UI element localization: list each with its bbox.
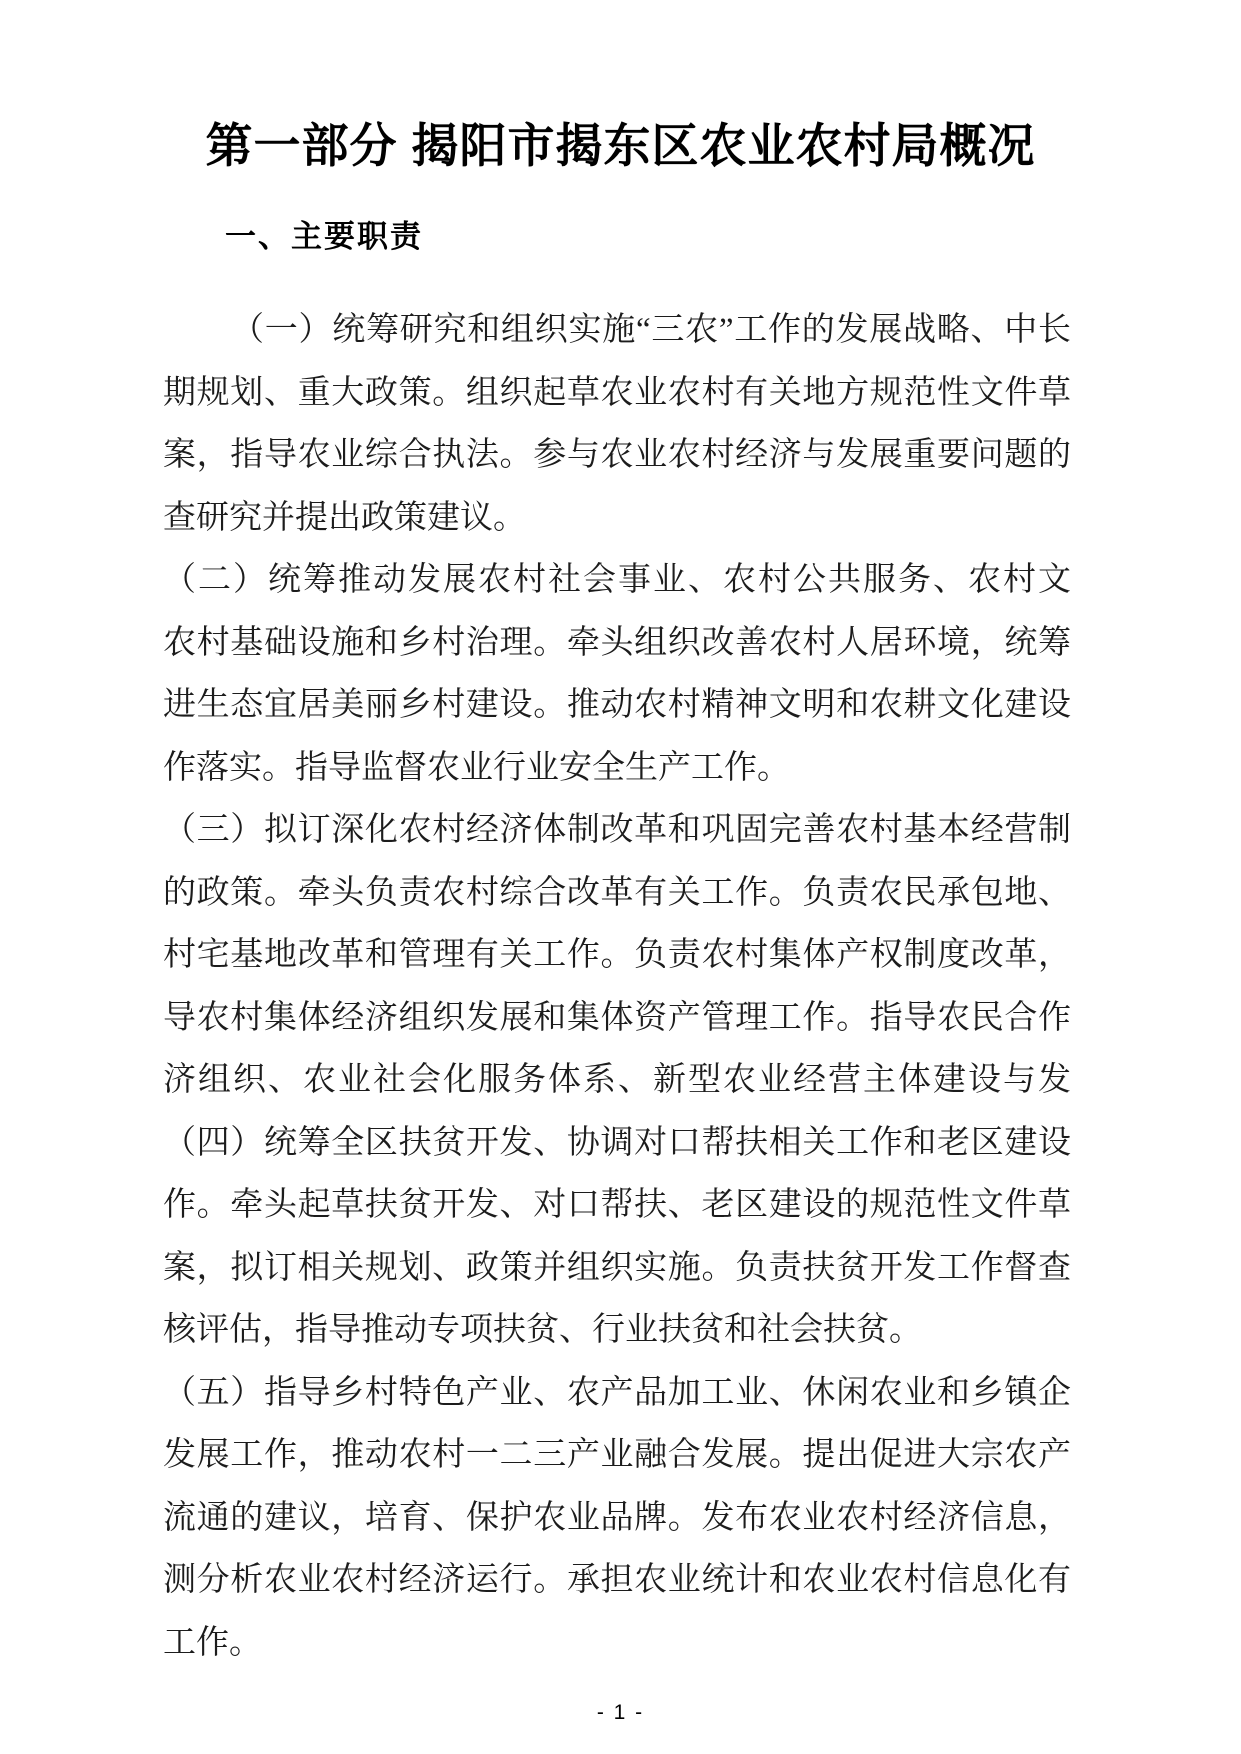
text-line: 的政策。牵头负责农村综合改革有关工作。负责农民承包地、农: [163, 862, 1071, 925]
paragraph: （五）指导乡村特色产业、农产品加工业、休闲农业和乡镇企业发展工作，推动农村一二三…: [163, 1362, 1071, 1675]
text-line: 导农村集体经济组织发展和集体资产管理工作。指导农民合作经: [163, 987, 1071, 1050]
paragraph: （二）统筹推动发展农村社会事业、农村公共服务、农村文化、农村基础设施和乡村治理。…: [163, 549, 1071, 799]
document-title: 第一部分 揭阳市揭东区农业农村局概况: [0, 122, 1241, 169]
text-line: 案，指导农业综合执法。参与农业农村经济与发展重要问题的调: [163, 424, 1071, 487]
text-line: 查研究并提出政策建议。: [163, 487, 1071, 550]
text-line: （二）统筹推动发展农村社会事业、农村公共服务、农村文化、: [163, 549, 1071, 612]
text-line: 发展工作，推动农村一二三产业融合发展。提出促进大宗农产品: [163, 1424, 1071, 1487]
text-line: 期规划、重大政策。组织起草农业农村有关地方规范性文件草: [163, 362, 1071, 425]
text-line: （五）指导乡村特色产业、农产品加工业、休闲农业和乡镇企业: [163, 1362, 1071, 1425]
document-body: （一）统筹研究和组织实施“三农”工作的发展战略、中长期规划、重大政策。组织起草农…: [163, 299, 1071, 1674]
section-heading: 一、主要职责: [225, 221, 423, 252]
text-line: 作。牵头起草扶贫开发、对口帮扶、老区建设的规范性文件草: [163, 1174, 1071, 1237]
text-line: 农村基础设施和乡村治理。牵头组织改善农村人居环境，统筹推: [163, 612, 1071, 675]
text-line: 案，拟订相关规划、政策并组织实施。负责扶贫开发工作督查考: [163, 1237, 1071, 1300]
text-line: （四）统筹全区扶贫开发、协调对口帮扶相关工作和老区建设工: [163, 1112, 1071, 1175]
text-line: 工作。: [163, 1612, 1071, 1675]
page-number: - 1 -: [0, 1700, 1241, 1725]
text-line: 测分析农业农村经济运行。承担农业统计和农业农村信息化有关: [163, 1549, 1071, 1612]
text-line: 济组织、农业社会化服务体系、新型农业经营主体建设与发展。: [163, 1049, 1071, 1112]
paragraph: （一）统筹研究和组织实施“三农”工作的发展战略、中长期规划、重大政策。组织起草农…: [163, 299, 1071, 549]
text-line: 进生态宜居美丽乡村建设。推动农村精神文明和农耕文化建设工: [163, 674, 1071, 737]
text-line: （三）拟订深化农村经济体制改革和巩固完善农村基本经营制度: [163, 799, 1071, 862]
text-line: 作落实。指导监督农业行业安全生产工作。: [163, 737, 1071, 800]
document-page: 第一部分 揭阳市揭东区农业农村局概况 一、主要职责 （一）统筹研究和组织实施“三…: [0, 0, 1241, 1754]
paragraph: （三）拟订深化农村经济体制改革和巩固完善农村基本经营制度的政策。牵头负责农村综合…: [163, 799, 1071, 1112]
text-line: （一）统筹研究和组织实施“三农”工作的发展战略、中长: [163, 299, 1071, 362]
text-line: 村宅基地改革和管理有关工作。负责农村集体产权制度改革，指: [163, 924, 1071, 987]
text-line: 核评估，指导推动专项扶贫、行业扶贫和社会扶贫。: [163, 1299, 1071, 1362]
text-line: 流通的建议，培育、保护农业品牌。发布农业农村经济信息，监: [163, 1487, 1071, 1550]
paragraph: （四）统筹全区扶贫开发、协调对口帮扶相关工作和老区建设工作。牵头起草扶贫开发、对…: [163, 1112, 1071, 1362]
